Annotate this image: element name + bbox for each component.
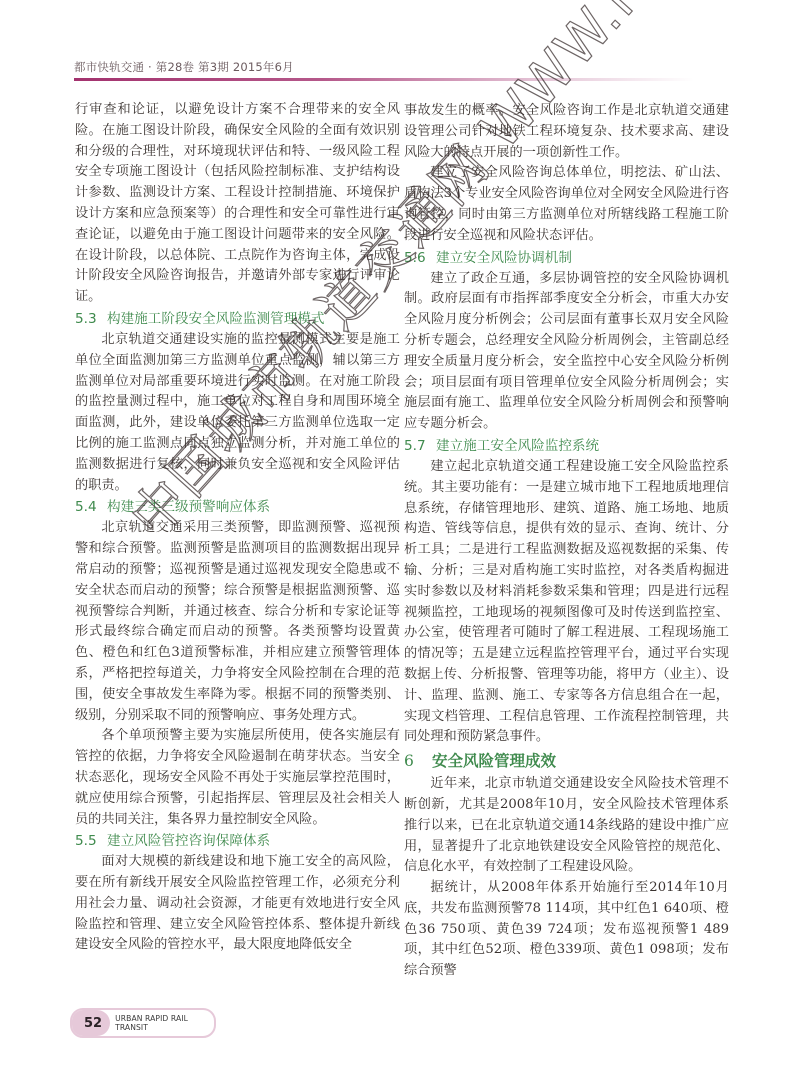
- right-column: 事故发生的概率。安全风险咨询工作是北京轨道交通建设管理公司针对地铁工程环境复杂、…: [404, 101, 729, 982]
- running-head: 都市快轨交通 · 第28卷 第3期 2015年6月: [74, 59, 294, 75]
- section-heading-6: 6安全风险管理成效: [404, 750, 729, 772]
- section-heading-5-3: 5.3构建施工阶段安全风险监测管理模式: [75, 309, 400, 330]
- paragraph: 行审查和论证，以避免设计方案不合理带来的安全风险。在施工图设计阶段，确保安全风险…: [75, 100, 400, 308]
- section-heading-5-4: 5.4构建三类三级预警响应体系: [75, 497, 400, 518]
- section-heading-5-7: 5.7建立施工安全风险监控系统: [404, 436, 729, 457]
- paragraph: 北京轨道交通采用三类预警，即监测预警、巡视预警和综合预警。监测预警是监测项目的监…: [75, 518, 400, 726]
- section-heading-5-5: 5.5建立风险管控咨询保障体系: [75, 831, 400, 852]
- page-number: 52: [72, 1010, 110, 1036]
- section-number: 5.5: [75, 831, 107, 852]
- paragraph: 事故发生的概率。安全风险咨询工作是北京轨道交通建设管理公司针对地铁工程环境复杂、…: [404, 101, 729, 163]
- section-number: 5.4: [75, 497, 107, 518]
- paragraph: 建立了安全风险咨询总体单位，明挖法、矿山法、盾构法3个专业安全风险咨询单位对全网…: [404, 163, 729, 246]
- section-title: 构建施工阶段安全风险监测管理模式: [107, 311, 325, 327]
- paragraph: 建立了政企互通，多层协调管控的安全风险协调机制。政府层面有市指挥部季度安全分析会…: [404, 269, 729, 435]
- paragraph: 北京轨道交通建设实施的监控量测模式主要是施工单位全面监测加第三方监测单位重点监测…: [75, 330, 400, 496]
- journal-name: URBAN RAPID RAIL TRANSIT: [110, 1014, 214, 1032]
- paragraph: 据统计，从2008年体系开始施行至2014年10月底，共发布监测预警78 114…: [404, 878, 729, 982]
- paragraph: 建立起北京轨道交通工程建设施工安全风险监控系统。其主要功能有：一是建立城市地下工…: [404, 457, 729, 748]
- section-title: 建立风险管控咨询保障体系: [107, 833, 270, 849]
- section-title: 构建三类三级预警响应体系: [107, 499, 270, 515]
- header-rule: [74, 78, 694, 81]
- section-title: 建立安全风险协调机制: [436, 250, 572, 266]
- section-number: 6: [404, 750, 432, 772]
- paragraph: 各个单项预警主要为实施层所使用，使各实施层有管控的依据，力争将安全风险遏制在萌芽…: [75, 726, 400, 830]
- paragraph: 面对大规模的新线建设和地下施工安全的高风险，要在所有新线开展安全风险监控管理工作…: [75, 852, 400, 956]
- section-number: 5.7: [404, 436, 436, 457]
- paragraph: 近年来，北京市轨道交通建设安全风险技术管理不断创新，尤其是2008年10月，安全…: [404, 774, 729, 878]
- section-title: 建立施工安全风险监控系统: [436, 438, 599, 454]
- footer-badge: 52 URBAN RAPID RAIL TRANSIT: [70, 1008, 216, 1038]
- section-title: 安全风险管理成效: [432, 751, 556, 770]
- left-column: 行审查和论证，以避免设计方案不合理带来的安全风险。在施工图设计阶段，确保安全风险…: [75, 100, 400, 956]
- section-number: 5.3: [75, 309, 107, 330]
- section-heading-5-6: 5.6建立安全风险协调机制: [404, 248, 729, 269]
- section-number: 5.6: [404, 248, 436, 269]
